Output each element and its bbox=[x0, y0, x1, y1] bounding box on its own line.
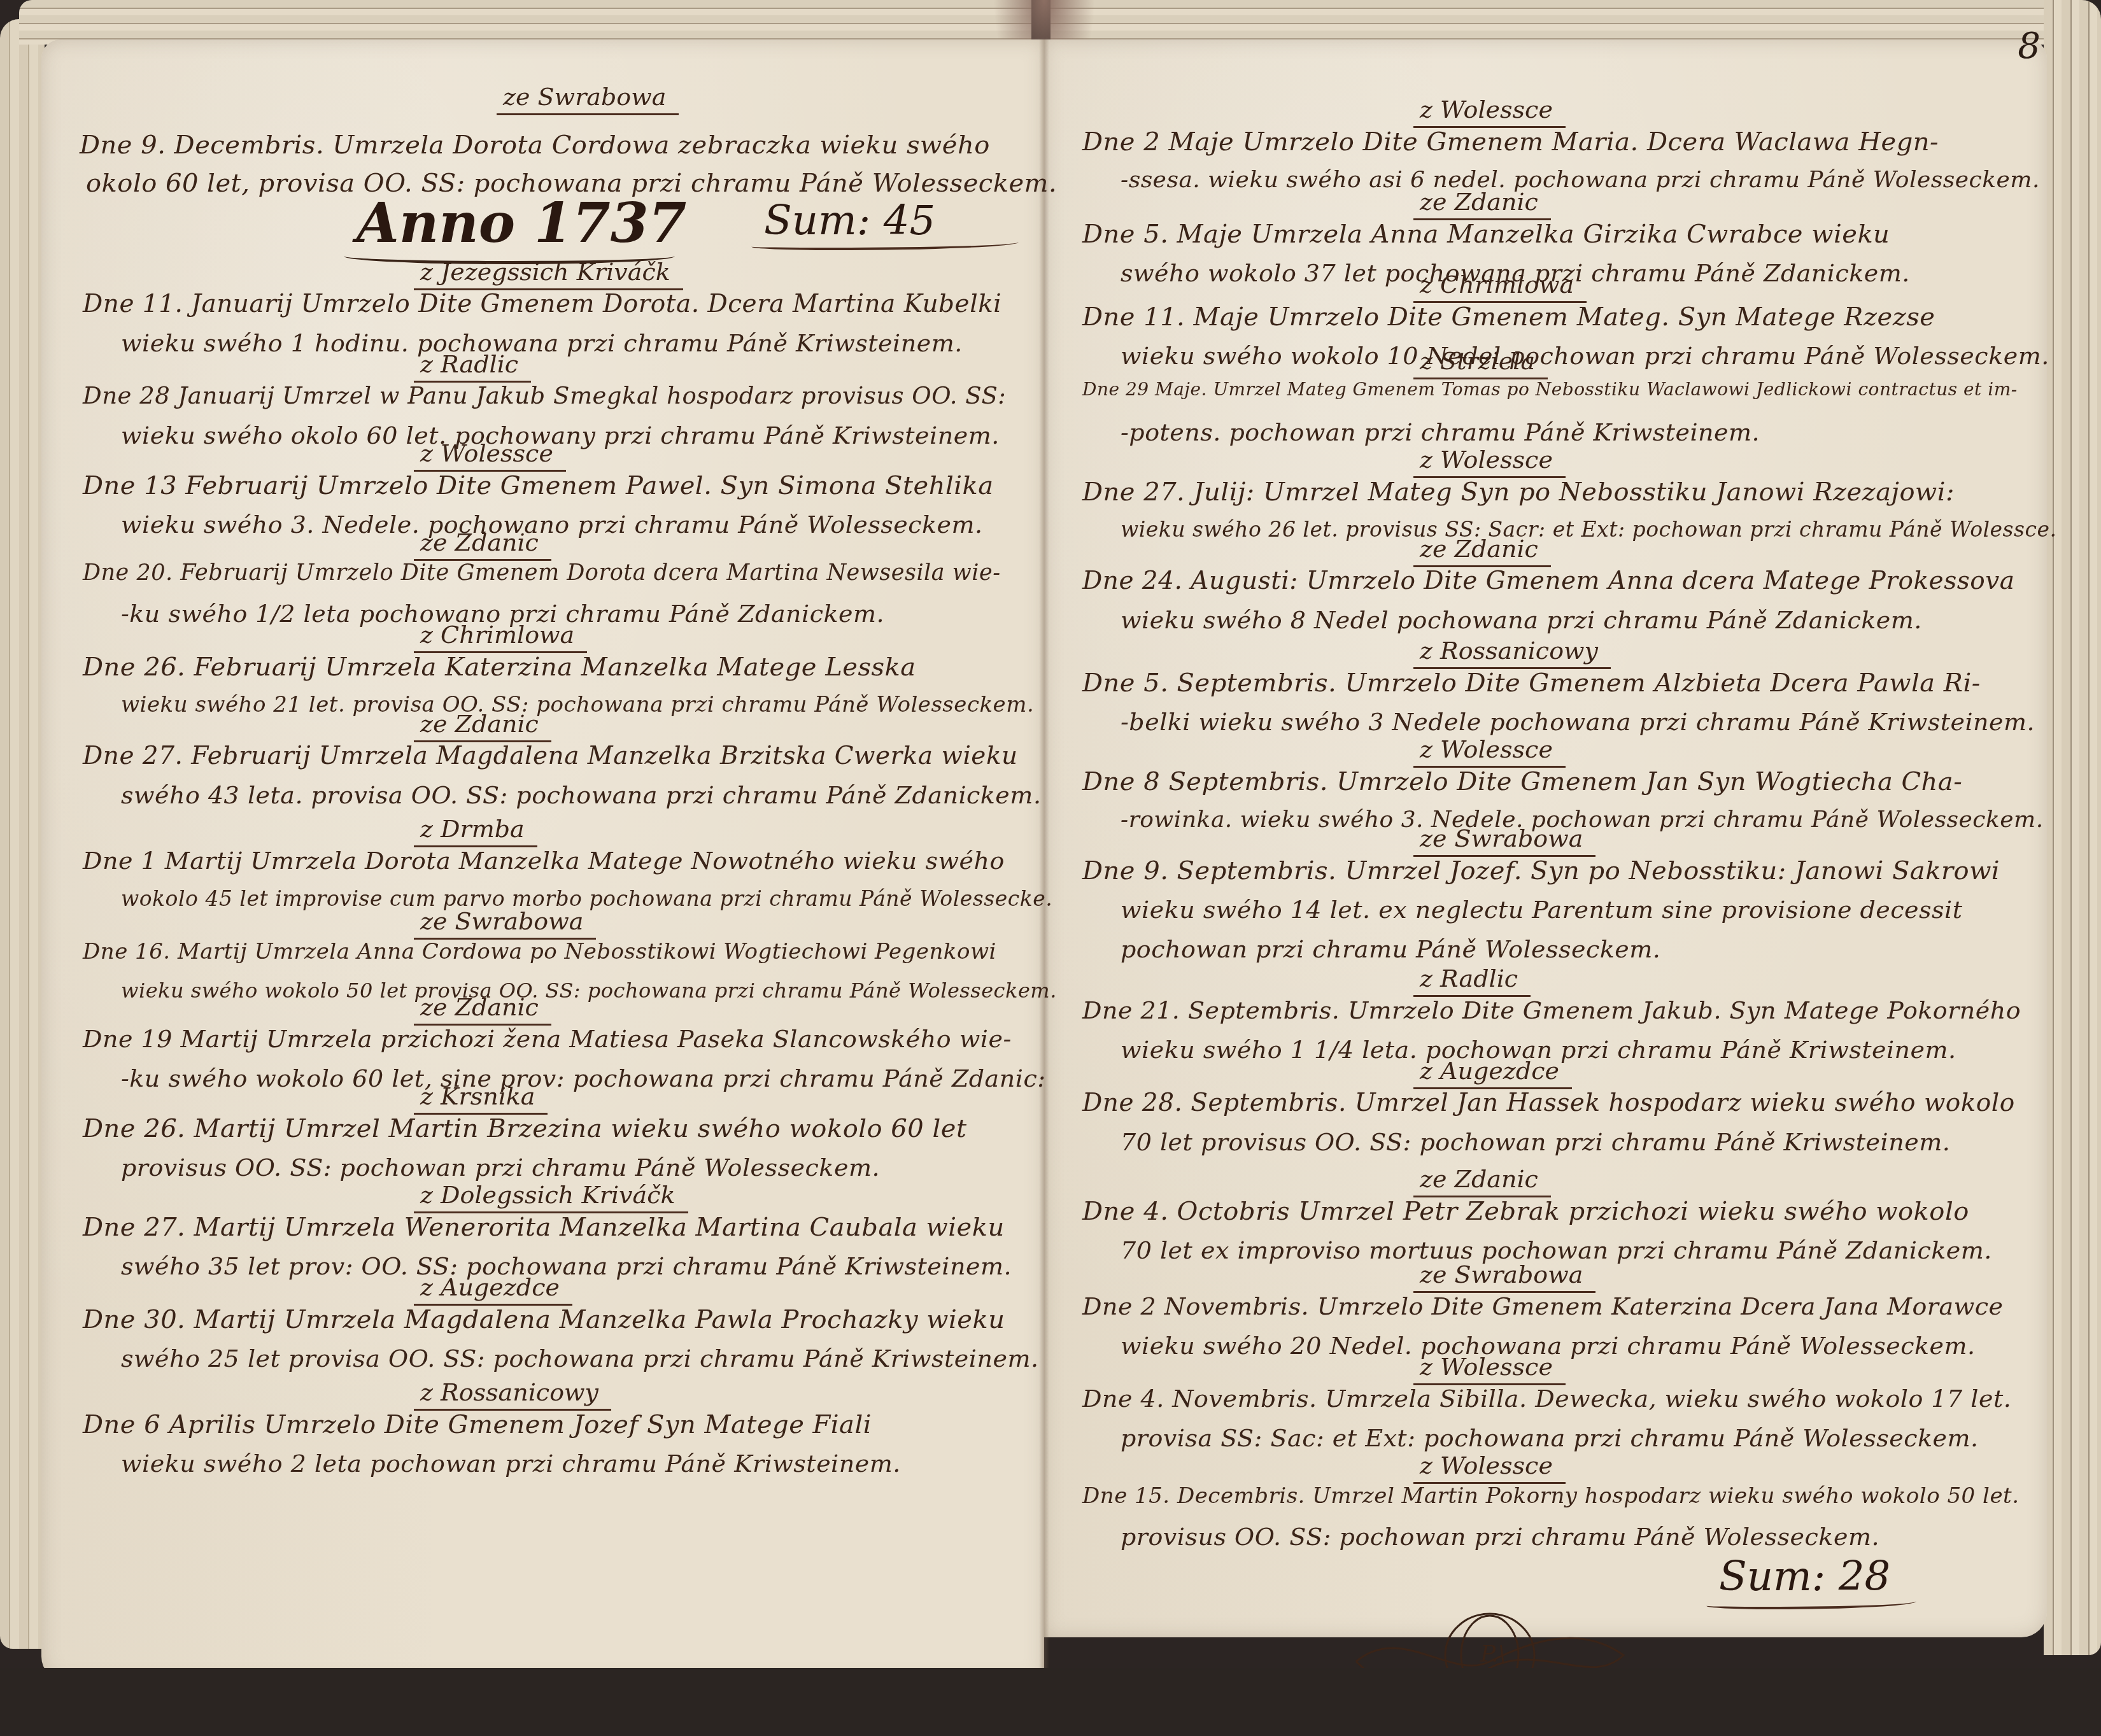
entry-line: wieku swého 1 hodinu. pochowana przi chr… bbox=[121, 329, 963, 357]
entry-line: swého 25 let provisa OO. SS: pochowana p… bbox=[121, 1344, 1039, 1373]
entry-line: Dne 9. Septembris. Umrzel Jozef. Syn po … bbox=[1082, 856, 2000, 886]
entry-line: Dne 1 Martij Umrzela Dorota Manzelka Mat… bbox=[83, 847, 1005, 875]
entry-line: Dne 30. Martij Umrzela Magdalena Manzelk… bbox=[83, 1305, 1005, 1334]
entry-line: provisus OO. SS: pochowan przi chramu Pá… bbox=[1121, 1523, 1879, 1551]
entry-line: -belki wieku swého 3 Nedele pochowana pr… bbox=[1121, 708, 2035, 736]
entry-line: Dne 24. Augusti: Umrzelo Dite Gmenem Ann… bbox=[1082, 567, 2014, 595]
book-gutter bbox=[1039, 39, 1049, 1669]
entry-line: Dne 27. Februarij Umrzela Magdalena Manz… bbox=[83, 742, 1018, 770]
entry-line: Dne 28. Septembris. Umrzel Jan Hassek ho… bbox=[1082, 1089, 2015, 1117]
village-note: z Chrimlowa bbox=[414, 621, 587, 653]
village-note: z Rossanicowy bbox=[1413, 637, 1611, 669]
page-stack-top-right bbox=[1050, 0, 2056, 45]
entry-line: wieku swého wokolo 50 let provisa OO. SS… bbox=[121, 978, 1057, 1003]
entry-line: -ssesa. wieku swého asi 6 nedel. pochowa… bbox=[1121, 167, 2040, 193]
entry-line: wieku swého 21 let. provisa OO. SS: poch… bbox=[121, 692, 1034, 717]
village-note: ze Swrabowa bbox=[1413, 1260, 1595, 1293]
entry-line: Dne 26. Februarij Umrzela Katerzina Manz… bbox=[83, 653, 916, 682]
entry-line: wieku swého 3. Nedele. pochowano przi ch… bbox=[121, 511, 983, 539]
entry-line: wieku swého 8 Nedel pochowana przi chram… bbox=[1121, 606, 1922, 634]
village-note: ze Swrabowa bbox=[497, 83, 679, 115]
page-stack-top-left bbox=[19, 0, 1031, 45]
village-note: ze Zdanic bbox=[414, 993, 551, 1026]
entry-line: Dne 9. Decembris. Umrzela Dorota Cordowa… bbox=[80, 131, 990, 160]
entry-line: Dne 8 Septembris. Umrzelo Dite Gmenem Ja… bbox=[1082, 767, 1962, 796]
village-note: z Rossanicowy bbox=[414, 1378, 611, 1411]
entry-line: wieku swého 14 let. ex neglectu Parentum… bbox=[1121, 896, 1963, 924]
entry-line: Dne 15. Decembris. Umrzel Martin Pokorny… bbox=[1082, 1483, 2020, 1509]
village-note: z Radlic bbox=[1413, 964, 1531, 997]
year-total: Sum: 28 bbox=[1719, 1553, 1890, 1600]
entry-line: wieku swého 2 leta pochowan przi chramu … bbox=[121, 1450, 901, 1478]
village-note: z Wolessce bbox=[1413, 1451, 1566, 1484]
entry-line: Dne 4. Octobris Umrzel Petr Zebrak przic… bbox=[1082, 1197, 1969, 1226]
village-note: z Augezdce bbox=[414, 1273, 572, 1306]
entry-line: Dne 16. Martij Umrzela Anna Cordowa po N… bbox=[83, 939, 996, 964]
entry-line: Dne 26. Martij Umrzel Martin Brzezina wi… bbox=[83, 1114, 967, 1143]
village-note: ze Swrabowa bbox=[1413, 824, 1595, 857]
village-note: ze Zdanic bbox=[1413, 188, 1551, 220]
entry-line: Dne 11. Maje Umrzelo Dite Gmenem Mateg. … bbox=[1082, 302, 1935, 332]
village-note: z Radlic bbox=[414, 350, 531, 383]
background-surface bbox=[0, 1668, 2101, 1736]
village-note: z Dolegssich Kriváčk bbox=[414, 1181, 688, 1213]
village-note: ze Zdanic bbox=[414, 710, 551, 742]
entry-line: Dne 19 Martij Umrzela przichozi žena Mat… bbox=[83, 1025, 1012, 1053]
entry-line: Dne 2 Maje Umrzelo Dite Gmenem Maria. Dc… bbox=[1082, 127, 1939, 157]
entry-line: Dne 5. Septembris. Umrzelo Dite Gmenem A… bbox=[1082, 668, 1981, 698]
page-number: 8 bbox=[2018, 25, 2041, 67]
entry-line: wieku swého wokolo 10 Nedel pochowan prz… bbox=[1121, 342, 2049, 370]
village-note: z Wolessce bbox=[1413, 1353, 1566, 1385]
entry-line: Dne 27. Julij: Umrzel Mateg Syn po Nebos… bbox=[1082, 477, 1955, 507]
village-note: ze Zdanic bbox=[414, 528, 551, 561]
village-note: ze Zdanic bbox=[1413, 1165, 1551, 1197]
village-note: z Krsnika bbox=[414, 1082, 548, 1115]
village-note: z Chrimlowa bbox=[1413, 271, 1587, 303]
village-note: z Strziela bbox=[1413, 347, 1548, 379]
entry-line: Dne 11. Januarij Umrzelo Dite Gmenem Dor… bbox=[83, 290, 1001, 318]
entry-line: Dne 28 Januarij Umrzel w Panu Jakub Smeg… bbox=[83, 382, 1006, 409]
entry-line: swého 43 leta. provisa OO. SS: pochowana… bbox=[121, 781, 1041, 809]
year-heading: Anno 1737 bbox=[357, 191, 686, 255]
village-note: z Drmba bbox=[414, 815, 537, 847]
book-spread: 8 ze Swrabowa Dne 9. Decembris. Umrzela … bbox=[0, 0, 2101, 1736]
entry-line: 70 let provisus OO. SS: pochowan przi ch… bbox=[1121, 1128, 1950, 1156]
entry-line: Dne 4. Novembris. Umrzela Sibilla. Dewec… bbox=[1082, 1385, 2011, 1413]
entry-line: -ku swého wokolo 60 let, sine prov: poch… bbox=[121, 1064, 1046, 1092]
village-note: z Jezegssich Kriváčk bbox=[414, 258, 683, 290]
entry-line: Dne 29 Maje. Umrzel Mateg Gmenem Tomas p… bbox=[1082, 379, 2018, 400]
entry-line: -potens. pochowan przi chramu Páně Kriws… bbox=[1121, 418, 1760, 446]
village-note: ze Zdanic bbox=[1413, 535, 1551, 567]
village-note: z Wolessce bbox=[1413, 446, 1566, 478]
village-note: z Wolessce bbox=[414, 439, 566, 472]
entry-line: provisa SS: Sac: et Ext: pochowana przi … bbox=[1121, 1424, 1979, 1452]
page-stack-right-edge bbox=[2044, 0, 2101, 1655]
village-note: z Augezdce bbox=[1413, 1057, 1572, 1089]
entry-line: provisus OO. SS: pochowan przi chramu Pá… bbox=[121, 1154, 880, 1182]
village-note: z Wolessce bbox=[1413, 735, 1566, 768]
previous-year-total: Sum: 45 bbox=[764, 197, 935, 244]
entry-line: Dne 6 Aprilis Umrzelo Dite Gmenem Jozef … bbox=[83, 1410, 872, 1439]
page-stack-left-edge bbox=[0, 19, 45, 1649]
entry-line: wieku swého 26 let. provisus SS: Sacr: e… bbox=[1121, 517, 2057, 542]
closing-mark: P.\ bbox=[1480, 1641, 1506, 1667]
entry-line: Dne 21. Septembris. Umrzelo Dite Gmenem … bbox=[1082, 996, 2021, 1024]
entry-line: Dne 2 Novembris. Umrzelo Dite Gmenem Kat… bbox=[1082, 1292, 2003, 1320]
entry-line: pochowan przi chramu Páně Wolesseckem. bbox=[1121, 935, 1660, 963]
village-note: ze Swrabowa bbox=[414, 907, 596, 940]
entry-line: Dne 20. Februarij Umrzelo Dite Gmenem Do… bbox=[83, 560, 1000, 586]
entry-line: Dne 5. Maje Umrzela Anna Manzelka Girzik… bbox=[1082, 220, 1890, 249]
entry-line: Dne 27. Martij Umrzela Wenerorita Manzel… bbox=[83, 1213, 1005, 1242]
village-note: z Wolessce bbox=[1413, 95, 1566, 128]
entry-line: Dne 13 Februarij Umrzelo Dite Gmenem Paw… bbox=[83, 471, 994, 500]
